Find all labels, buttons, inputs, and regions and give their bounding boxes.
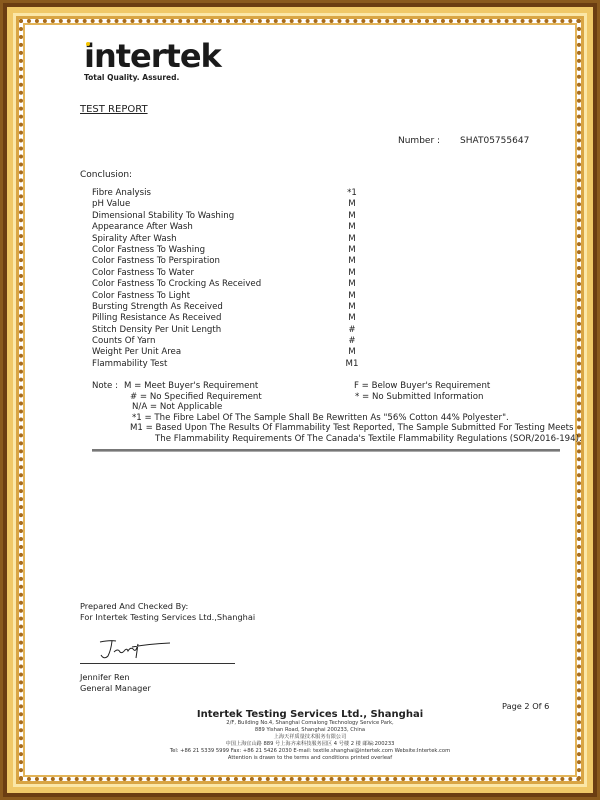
test-result: M bbox=[342, 268, 362, 279]
result-row: Dimensional Stability To WashingM bbox=[92, 211, 362, 222]
note-star1: *1 = The Fibre Label Of The Sample Shall… bbox=[132, 413, 509, 424]
section-divider bbox=[92, 449, 560, 452]
test-name: Weight Per Unit Area bbox=[92, 347, 181, 358]
result-row: Fibre Analysis*1 bbox=[92, 188, 362, 199]
results-list: Fibre Analysis*1pH ValueMDimensional Sta… bbox=[92, 188, 362, 370]
note-m: M = Meet Buyer's Requirement bbox=[124, 381, 258, 392]
result-row: Color Fastness To WashingM bbox=[92, 245, 362, 256]
prepared-by-label: Prepared And Checked By: bbox=[80, 601, 255, 612]
note-label: Note : bbox=[92, 381, 118, 392]
test-result: M bbox=[342, 347, 362, 358]
note-m1: M1 = Based Upon The Results Of Flammabil… bbox=[130, 423, 574, 434]
footer-contact: Tel: +86 21 5339 5999 Fax: +86 21 5426 2… bbox=[120, 748, 500, 755]
result-row: Bursting Strength As ReceivedM bbox=[92, 302, 362, 313]
result-row: Color Fastness To WaterM bbox=[92, 268, 362, 279]
test-name: Color Fastness To Light bbox=[92, 291, 190, 302]
test-result: M bbox=[342, 256, 362, 267]
test-result: M1 bbox=[342, 359, 362, 370]
test-result: M bbox=[342, 245, 362, 256]
test-name: Color Fastness To Washing bbox=[92, 245, 205, 256]
test-result: M bbox=[342, 291, 362, 302]
note-na: N/A = Not Applicable bbox=[132, 402, 222, 413]
footer-address-1: 2/F, Building No.4, Shanghai Comalong Te… bbox=[120, 720, 500, 727]
signer-block: Jennifer Ren General Manager bbox=[80, 672, 151, 694]
conclusion-heading: Conclusion: bbox=[80, 170, 132, 180]
report-title: TEST REPORT bbox=[80, 104, 148, 115]
test-name: Color Fastness To Crocking As Received bbox=[92, 279, 261, 290]
test-name: Fibre Analysis bbox=[92, 188, 151, 199]
test-result: M bbox=[342, 313, 362, 324]
report-number-value: SHAT05755647 bbox=[460, 136, 529, 146]
signature-line bbox=[80, 663, 235, 664]
note-star: * = No Submitted Information bbox=[355, 392, 483, 403]
note-m1-cont: The Flammability Requirements Of The Can… bbox=[155, 434, 582, 445]
logo-dot-icon bbox=[86, 42, 90, 46]
test-name: Flammability Test bbox=[92, 359, 167, 370]
test-name: Pilling Resistance As Received bbox=[92, 313, 221, 324]
result-row: Stitch Density Per Unit Length# bbox=[92, 325, 362, 336]
footer: Intertek Testing Services Ltd., Shanghai… bbox=[120, 709, 500, 762]
test-result: M bbox=[342, 199, 362, 210]
footer-cn-name: 上海天祥质量技术服务有限公司 bbox=[120, 734, 500, 741]
note-hash: # = No Specified Requirement bbox=[130, 392, 262, 403]
test-result: M bbox=[342, 234, 362, 245]
result-row: Color Fastness To LightM bbox=[92, 291, 362, 302]
signer-role: General Manager bbox=[80, 683, 151, 694]
footer-cn-address: 中国上海宜山路 889 号上海齐来科技服务园区 4 号楼 2 楼 邮编:2002… bbox=[120, 741, 500, 748]
result-row: Color Fastness To PerspirationM bbox=[92, 256, 362, 267]
footer-address-2: 889 Yishan Road, Shanghai 200233, China bbox=[120, 727, 500, 734]
test-result: M bbox=[342, 302, 362, 313]
handwritten-signature bbox=[98, 638, 173, 662]
test-result: M bbox=[342, 211, 362, 222]
test-name: Counts Of Yarn bbox=[92, 336, 155, 347]
prepared-by-block: Prepared And Checked By: For Intertek Te… bbox=[80, 601, 255, 623]
result-row: pH ValueM bbox=[92, 199, 362, 210]
page-number: Page 2 Of 6 bbox=[502, 701, 549, 711]
test-result: M bbox=[342, 279, 362, 290]
test-name: Spirality After Wash bbox=[92, 234, 177, 245]
notes-section: Note :M = Meet Buyer's RequirementF = Be… bbox=[92, 381, 562, 445]
test-name: Color Fastness To Water bbox=[92, 268, 194, 279]
test-name: Appearance After Wash bbox=[92, 222, 193, 233]
test-result: M bbox=[342, 222, 362, 233]
result-row: Weight Per Unit AreaM bbox=[92, 347, 362, 358]
test-result: # bbox=[342, 336, 362, 347]
footer-company: Intertek Testing Services Ltd., Shanghai bbox=[120, 709, 500, 720]
result-row: Appearance After WashM bbox=[92, 222, 362, 233]
result-row: Spirality After WashM bbox=[92, 234, 362, 245]
test-name: pH Value bbox=[92, 199, 130, 210]
logo-text: intertek bbox=[84, 37, 221, 75]
result-row: Pilling Resistance As ReceivedM bbox=[92, 313, 362, 324]
test-result: # bbox=[342, 325, 362, 336]
result-row: Counts Of Yarn# bbox=[92, 336, 362, 347]
result-row: Flammability TestM1 bbox=[92, 359, 362, 370]
test-result: *1 bbox=[342, 188, 362, 199]
prepared-for-company: For Intertek Testing Services Ltd.,Shang… bbox=[80, 612, 255, 623]
result-row: Color Fastness To Crocking As ReceivedM bbox=[92, 279, 362, 290]
intertek-logo: intertek Total Quality. Assured. bbox=[84, 40, 221, 82]
report-number: Number :SHAT05755647 bbox=[398, 136, 529, 146]
test-name: Dimensional Stability To Washing bbox=[92, 211, 234, 222]
test-name: Stitch Density Per Unit Length bbox=[92, 325, 221, 336]
note-f: F = Below Buyer's Requirement bbox=[354, 381, 490, 392]
report-number-label: Number : bbox=[398, 136, 440, 146]
footer-attention: Attention is drawn to the terms and cond… bbox=[120, 755, 500, 762]
test-name: Bursting Strength As Received bbox=[92, 302, 223, 313]
signer-name: Jennifer Ren bbox=[80, 672, 151, 683]
test-name: Color Fastness To Perspiration bbox=[92, 256, 220, 267]
